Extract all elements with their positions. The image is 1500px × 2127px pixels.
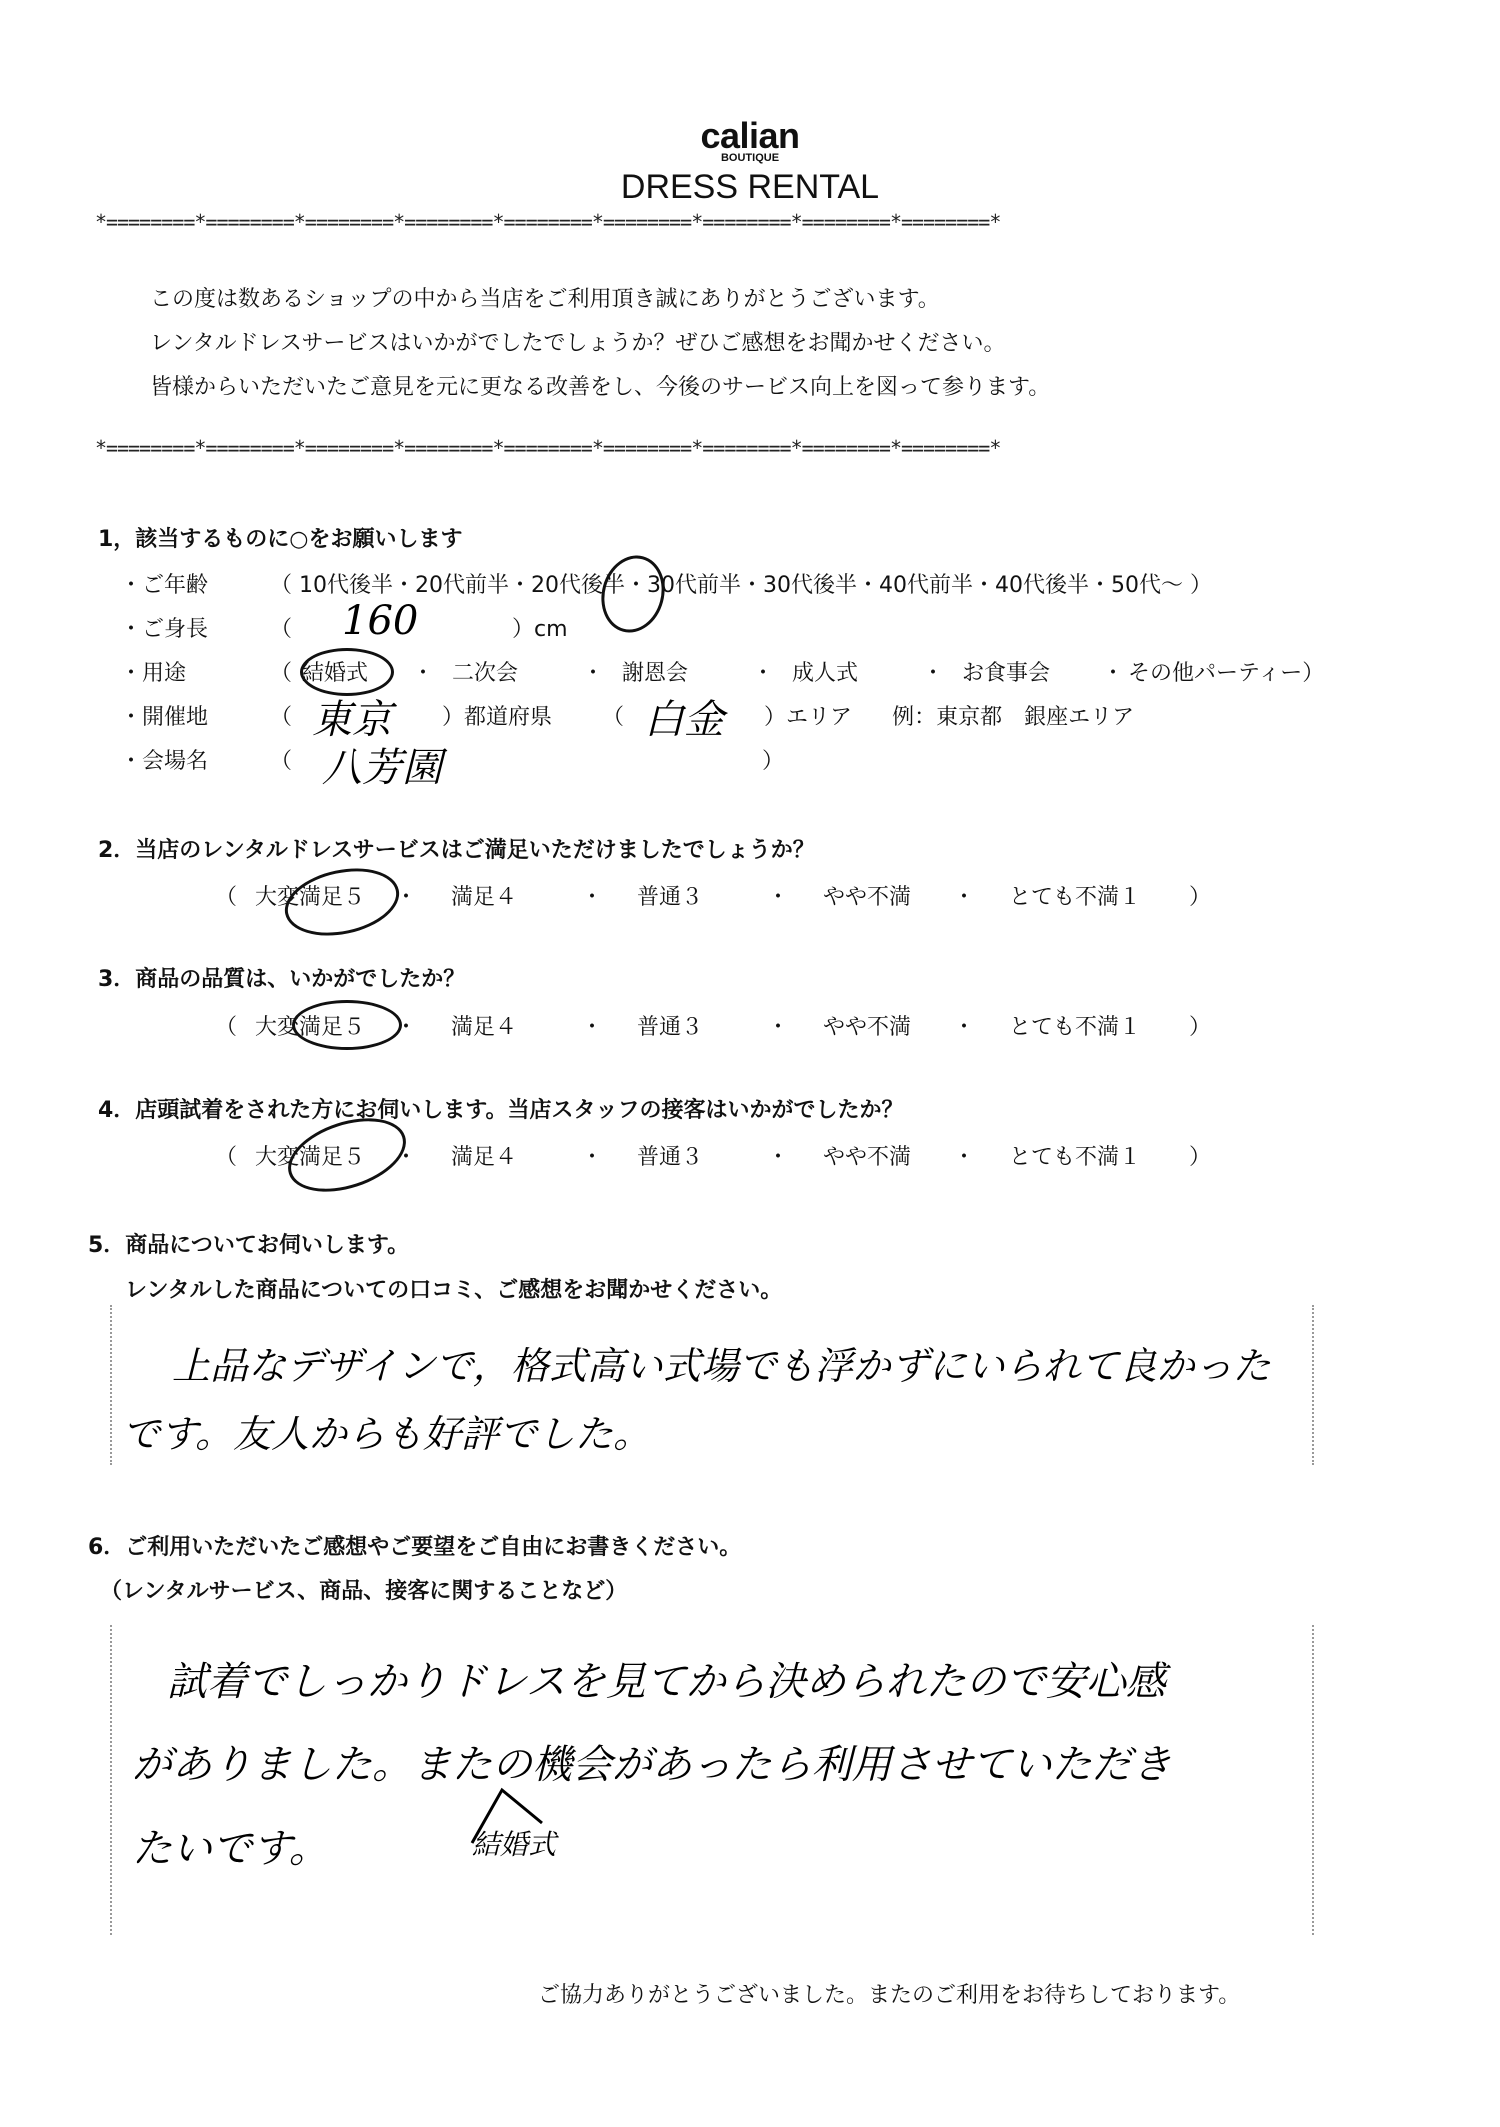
q6-answer-line-3: たいです。	[132, 1817, 329, 1874]
height-value[interactable]: 160	[342, 598, 512, 644]
footer-thanks: ご協力ありがとうございました。またのご利用をお待ちしております。	[538, 1978, 1240, 2009]
q5-title: 5．商品についてお伺いします。	[88, 1228, 409, 1259]
height-open-paren: （	[270, 612, 292, 644]
q2-title: 2．当店のレンタルドレスサービスはご満足いただけましたでしょうか？	[98, 833, 815, 864]
q3-option-2[interactable]: やや不満	[823, 1010, 953, 1041]
q2-option-3[interactable]: 普通３	[637, 880, 767, 911]
q6-answer-line-2: がありました。またの機会があったら利用させていただき	[132, 1733, 1172, 1790]
location-label: ・開催地	[120, 700, 240, 745]
q4-option-2[interactable]: やや不満	[823, 1140, 953, 1171]
q3-option-4[interactable]: 満足４	[451, 1010, 581, 1041]
age-options[interactable]: （ 10代後半・20代前半・20代後半・30代前半・30代後半・40代前半・40…	[270, 568, 1212, 599]
q5-answer-box[interactable]: 上品なデザインで，格式高い式場でも浮かずにいられて良かった です。友人からも好評…	[110, 1305, 1314, 1465]
purpose-label: ・用途	[120, 656, 240, 687]
q3-option-3[interactable]: 普通３	[637, 1010, 767, 1041]
purpose-option-afterparty[interactable]: 二次会	[452, 656, 582, 687]
purpose-option-other[interactable]: その他パーティー	[1128, 656, 1302, 687]
q1-height-row: ・ご身長 （ 160 ）cm	[120, 612, 568, 644]
q6-answer-line-1: 試着でしっかりドレスを見てから決められたので安心感	[167, 1650, 1166, 1707]
q1-title: 1，該当するものに○をお願いします	[98, 522, 463, 553]
location-example: 例：東京都 銀座エリア	[892, 700, 1134, 745]
q5-answer-line-2: です。友人からも好評でした。	[122, 1403, 651, 1458]
q3-option-1[interactable]: とても不満１	[1009, 1010, 1189, 1041]
q1-age-row: ・ご年齢 （ 10代後半・20代前半・20代後半・30代前半・30代後半・40代…	[120, 568, 1212, 599]
intro-line-2: レンタルドレスサービスはいかがでしたでしょうか？ぜひご感想をお聞かせください。	[150, 326, 1005, 357]
q1-venue-row: ・会場名 （ 八芳園 ）	[120, 744, 784, 793]
height-unit: ）cm	[512, 612, 568, 644]
q6-insertion-text: 結婚式	[472, 1823, 556, 1863]
q4-option-4[interactable]: 満足４	[451, 1140, 581, 1171]
brand-name: calian	[0, 115, 1500, 157]
q2-option-4[interactable]: 満足４	[451, 880, 581, 911]
brand-subtitle: BOUTIQUE	[0, 152, 1500, 164]
q5-answer-line-1: 上品なデザインで，格式高い式場でも浮かずにいられて良かった	[172, 1335, 1271, 1390]
q4-option-3[interactable]: 普通３	[637, 1140, 767, 1171]
age-label: ・ご年齢	[120, 568, 240, 599]
q4-title: 4．店頭試着をされた方にお伺いします。当店スタッフの接客はいかがでしたか？	[98, 1093, 904, 1124]
q6-answer-box[interactable]: 試着でしっかりドレスを見てから決められたので安心感 がありました。またの機会があ…	[110, 1625, 1314, 1935]
venue-label: ・会場名	[120, 744, 240, 793]
q6-title: 6．ご利用いただいたご感想やご要望をご自由にお書きください。	[88, 1530, 741, 1561]
q6-subtitle: （レンタルサービス、商品、接客に関することなど）	[100, 1574, 627, 1605]
q2-option-1[interactable]: とても不満１	[1009, 880, 1189, 911]
intro-line-3: 皆様からいただいたご意見を元に更なる改善をし、今後のサービス向上を図って参ります…	[150, 370, 1050, 401]
q4-option-1[interactable]: とても不満１	[1009, 1140, 1189, 1171]
q2-selected-circle	[279, 859, 406, 946]
purpose-option-dinner[interactable]: お食事会	[962, 656, 1102, 687]
divider-bottom: *========*========*========*========*===…	[95, 436, 1405, 460]
age-selected-circle	[593, 548, 673, 639]
area-suffix: ）エリア	[764, 700, 852, 745]
q3-selected-circle	[292, 1000, 402, 1050]
height-label: ・ご身長	[120, 612, 240, 644]
purpose-option-coming-of-age[interactable]: 成人式	[792, 656, 922, 687]
intro-line-1: この度は数あるショップの中から当店をご利用頂き誠にありがとうございます。	[150, 282, 940, 313]
q3-title: 3．商品の品質は、いかがでしたか？	[98, 962, 465, 993]
page-title: DRESS RENTAL	[0, 168, 1500, 207]
venue-value[interactable]: 八芳園	[322, 736, 762, 793]
q5-subtitle: レンタルした商品についての口コミ、ご感想をお聞かせください。	[125, 1273, 782, 1304]
divider-top: *========*========*========*========*===…	[95, 210, 1405, 234]
purpose-option-thanks-party[interactable]: 謝恩会	[622, 656, 752, 687]
q2-option-2[interactable]: やや不満	[823, 880, 953, 911]
